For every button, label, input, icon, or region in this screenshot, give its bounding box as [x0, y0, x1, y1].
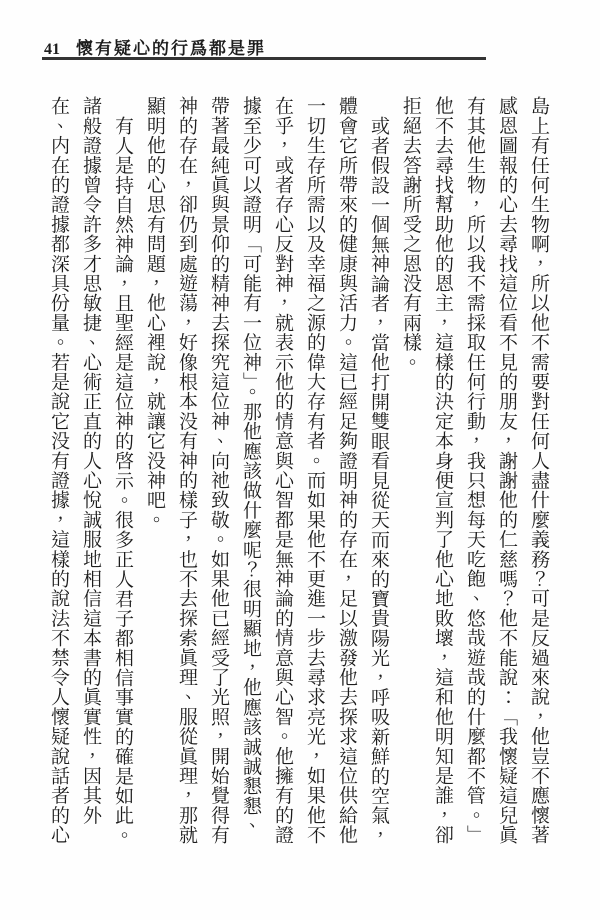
page-header: 41 懷有疑心的行爲都是罪: [44, 34, 266, 59]
paragraph-2: 或者假設一個無神論者，當他打開雙眼看見從天而來的寶貴陽光，呼吸新鮮的空氣，體會它…: [139, 96, 395, 848]
paragraph-1: 島上有任何生物啊，所以他不需要對任何人盡什麼義務？可是反過來說，他豈不應懷著感恩…: [395, 96, 555, 848]
paragraph-3: 有人是持自然神論，且聖經是這位神的啓示。很多正人君子都相信事實的確是如此。諸般證…: [42, 96, 139, 848]
page-title: 懷有疑心的行爲都是罪: [76, 34, 266, 59]
body-text: 島上有任何生物啊，所以他不需要對任何人盡什麼義務？可是反過來說，他豈不應懷著感恩…: [42, 96, 555, 848]
header-rule: [42, 57, 486, 60]
book-page: 41 懷有疑心的行爲都是罪 島上有任何生物啊，所以他不需要對任何人盡什麼義務？可…: [0, 0, 600, 920]
